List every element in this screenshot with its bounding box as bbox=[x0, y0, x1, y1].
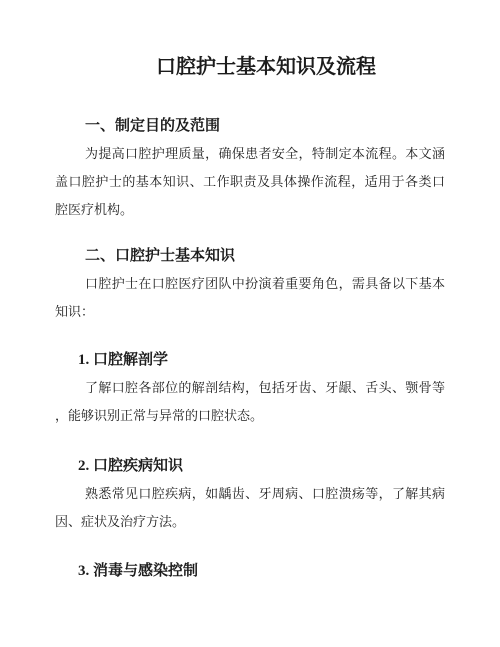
paragraph-line: 为提高口腔护理质量，确保患者安全，特制定本流程。本文涵 bbox=[55, 140, 445, 168]
section-oral-anatomy: 1. 口腔解剖学 了解口腔各部位的解剖结构，包括牙齿、牙龈、舌头、颚骨等 ，能够… bbox=[55, 346, 445, 430]
paragraph-line: 因、症状及治疗方法。 bbox=[55, 508, 445, 536]
section-heading: 3. 消毒与感染控制 bbox=[55, 557, 445, 585]
paragraph-line: 腔医疗机构。 bbox=[55, 196, 445, 224]
section-heading: 1. 口腔解剖学 bbox=[55, 346, 445, 374]
paragraph-line: ，能够识别正常与异常的口腔状态。 bbox=[55, 402, 445, 430]
section-basic-knowledge: 二、口腔护士基本知识 口腔护士在口腔医疗团队中扮演着重要角色，需具备以下基本 知… bbox=[55, 242, 445, 326]
paragraph-line: 知识： bbox=[55, 298, 445, 326]
section-disinfection-infection-control: 3. 消毒与感染控制 bbox=[55, 557, 445, 585]
section-purpose-scope: 一、制定目的及范围 为提高口腔护理质量，确保患者安全，特制定本流程。本文涵 盖口… bbox=[55, 112, 445, 224]
section-oral-disease: 2. 口腔疾病知识 熟悉常见口腔疾病，如龋齿、牙周病、口腔溃疡等，了解其病 因、… bbox=[55, 452, 445, 536]
section-heading: 2. 口腔疾病知识 bbox=[55, 452, 445, 480]
paragraph-line: 熟悉常见口腔疾病，如龋齿、牙周病、口腔溃疡等，了解其病 bbox=[55, 480, 445, 508]
paragraph-line: 了解口腔各部位的解剖结构，包括牙齿、牙龈、舌头、颚骨等 bbox=[55, 374, 445, 402]
section-heading: 一、制定目的及范围 bbox=[55, 112, 445, 140]
section-heading: 二、口腔护士基本知识 bbox=[55, 242, 445, 270]
paragraph-line: 口腔护士在口腔医疗团队中扮演着重要角色，需具备以下基本 bbox=[55, 270, 445, 298]
document-page: 口腔护士基本知识及流程 一、制定目的及范围 为提高口腔护理质量，确保患者安全，特… bbox=[0, 0, 500, 647]
document-title: 口腔护士基本知识及流程 bbox=[71, 52, 461, 82]
paragraph-line: 盖口腔护士的基本知识、工作职责及具体操作流程，适用于各类口 bbox=[55, 168, 445, 196]
